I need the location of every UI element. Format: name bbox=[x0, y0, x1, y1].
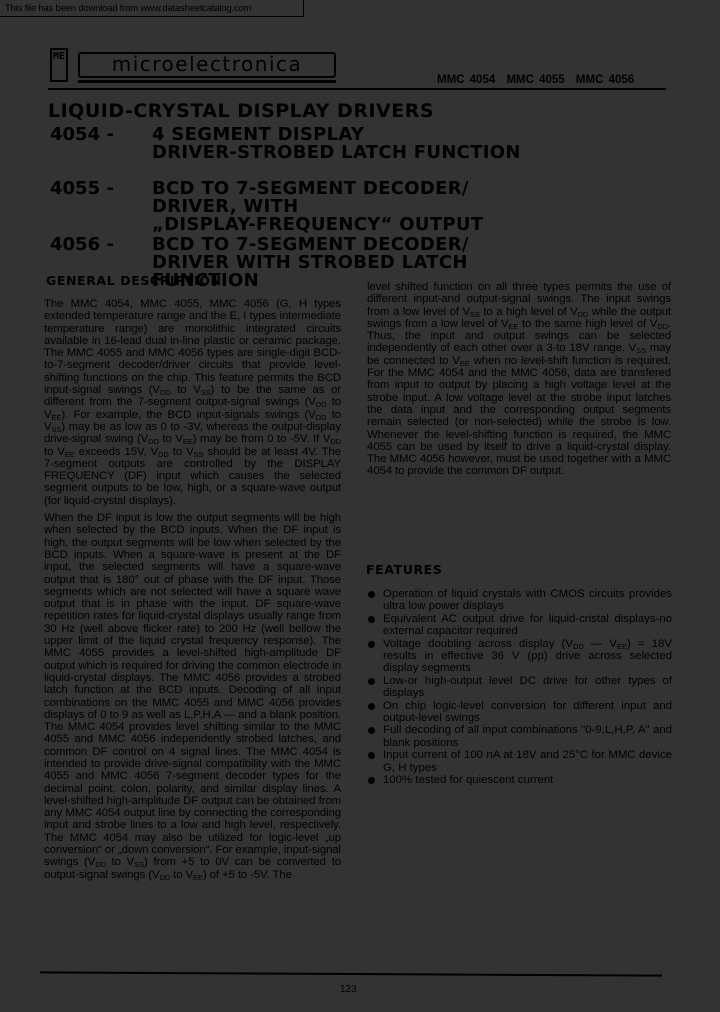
footer-divider bbox=[40, 971, 662, 976]
header-divider bbox=[48, 88, 666, 90]
feature-text: Input current of 100 nA at 18V and 25°C … bbox=[383, 749, 672, 773]
feature-item: Voltage doubling across display (VDD — V… bbox=[366, 638, 672, 675]
bullet-icon bbox=[368, 703, 375, 710]
part-numbers: MMC 4054 MMC 4055 MMC 4056 bbox=[437, 74, 640, 86]
bullet-icon bbox=[368, 591, 375, 598]
feature-item: Equivalent AC output drive for liquid-cr… bbox=[366, 613, 672, 638]
product-number: 4054 - bbox=[50, 126, 140, 144]
bullet-icon bbox=[368, 616, 375, 623]
logo-underline bbox=[78, 80, 336, 83]
page-number: 123 bbox=[340, 984, 357, 995]
feature-item: 100% tested for quiescent current bbox=[366, 774, 672, 786]
feature-text: Equivalent AC output drive for liquid-cr… bbox=[383, 613, 672, 637]
bullet-icon bbox=[368, 641, 375, 648]
document-title: LIQUID-CRYSTAL DISPLAY DRIVERS bbox=[48, 100, 434, 122]
bullet-icon bbox=[368, 727, 375, 734]
part-number: MMC 4055 bbox=[506, 74, 564, 86]
feature-text: On chip logic-level conversion for diffe… bbox=[383, 700, 672, 724]
features-list: Operation of liquid crystals with CMOS c… bbox=[366, 588, 672, 787]
description-paragraph: The MMC 4054, MMC 4055, MMC 4056 (G, H t… bbox=[44, 298, 341, 507]
feature-item: Low-or high-output level DC drive for ot… bbox=[366, 675, 672, 700]
product-number: 4056 - bbox=[50, 236, 140, 254]
download-source-banner: This file has been download from www.dat… bbox=[0, 0, 304, 17]
feature-item: Input current of 100 nA at 18V and 25°C … bbox=[366, 749, 672, 774]
product-description: 4 SEGMENT DISPLAY DRIVER-STROBED LATCH F… bbox=[152, 126, 712, 162]
bullet-icon bbox=[368, 777, 375, 784]
feature-text: Low-or high-output level DC drive for ot… bbox=[383, 675, 672, 699]
general-description-heading: GENERAL DESCRIPTION bbox=[46, 273, 222, 288]
feature-item: Full decoding of all input combinations … bbox=[366, 724, 672, 749]
feature-text: Operation of liquid crystals with CMOS c… bbox=[383, 588, 672, 612]
description-paragraph: When the DF input is low the output segm… bbox=[44, 512, 341, 881]
bullet-icon bbox=[368, 752, 375, 759]
company-logo-wordmark: microelectronica bbox=[78, 52, 336, 78]
feature-text: Full decoding of all input combinations … bbox=[383, 724, 672, 748]
feature-text: Voltage doubling across display (VDD — V… bbox=[383, 638, 672, 675]
description-paragraph: level shifted function on all three type… bbox=[367, 281, 671, 478]
feature-item: Operation of liquid crystals with CMOS c… bbox=[366, 588, 672, 613]
feature-text: 100% tested for quiescent current bbox=[383, 774, 553, 786]
features-heading: FEATURES bbox=[366, 562, 442, 577]
company-logo-icon: ME bbox=[50, 48, 68, 82]
feature-item: On chip logic-level conversion for diffe… bbox=[366, 700, 672, 725]
part-number: MMC 4056 bbox=[576, 74, 634, 86]
description-left-column: The MMC 4054, MMC 4055, MMC 4056 (G, H t… bbox=[44, 298, 341, 886]
bullet-icon bbox=[368, 678, 375, 685]
product-description: BCD TO 7-SEGMENT DECODER/ DRIVER, WITH „… bbox=[152, 180, 712, 234]
part-number: MMC 4054 bbox=[437, 74, 495, 86]
description-right-column: level shifted function on all three type… bbox=[367, 281, 671, 483]
logo-box-text: ME bbox=[53, 51, 65, 62]
product-number: 4055 - bbox=[50, 180, 140, 198]
